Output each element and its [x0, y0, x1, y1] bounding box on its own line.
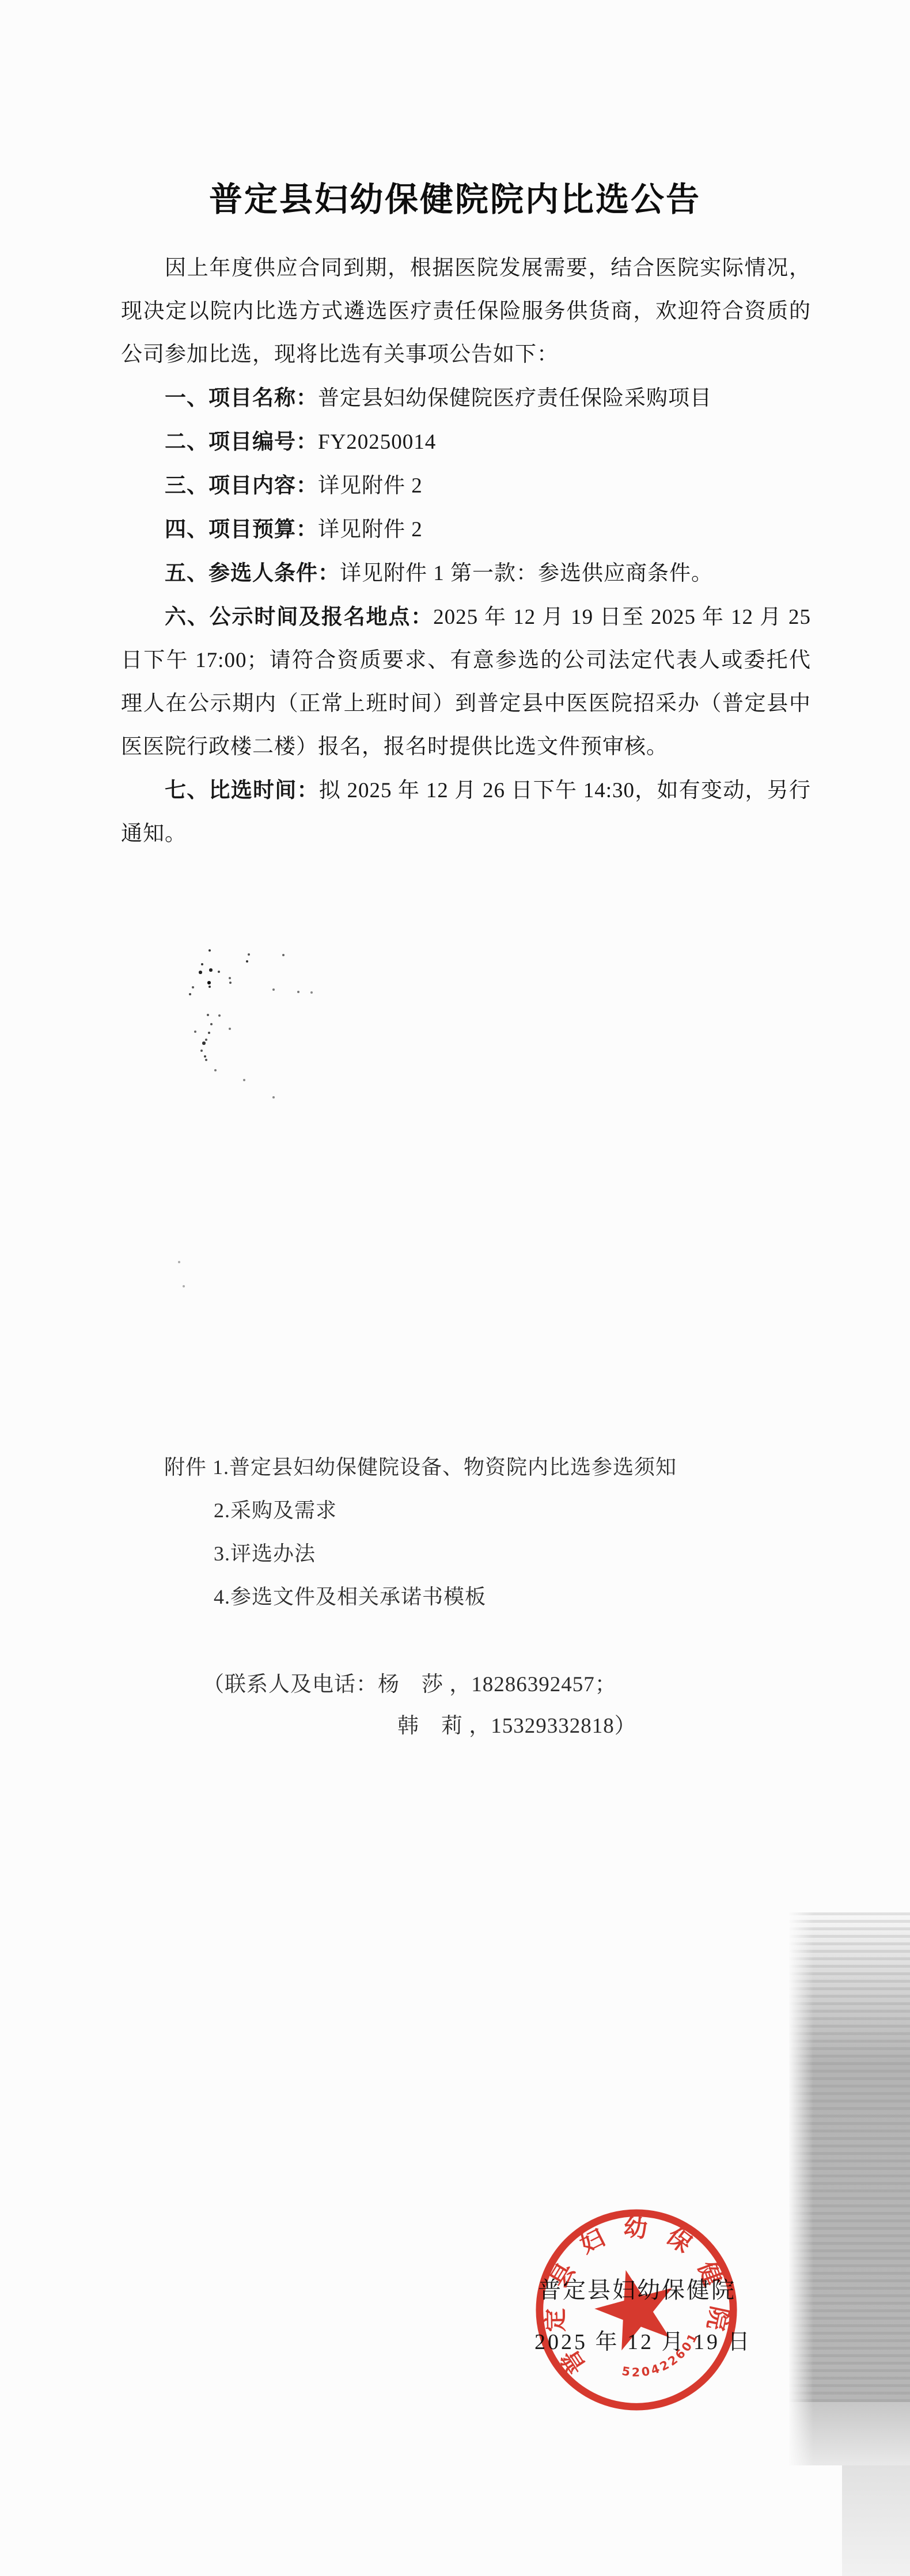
document-title: 普定县妇幼保健院院内比选公告 [0, 173, 910, 225]
item-project-budget: 四、项目预算：详见附件 2 [121, 507, 811, 551]
intro-paragraph: 因上年度供应合同到期，根据医院发展需要，结合医院实际情况，现决定以院内比选方式遴… [121, 247, 811, 376]
item-participant-conditions: 五、参选人条件：详见附件 1 第一款：参选供应商条件。 [121, 551, 811, 595]
item-value: 详见附件 2 [318, 474, 423, 498]
item-project-name: 一、项目名称：普定县妇幼保健院医疗责任保险采购项目 [121, 376, 811, 420]
item-selection-time: 七、比选时间：拟 2025 年 12 月 26 日下午 14:30，如有变动，另… [121, 768, 811, 855]
item-value: FY20250014 [318, 430, 436, 454]
item-label: 七、比选时间： [165, 778, 319, 802]
attachment-3: 3.评选办法 [164, 1532, 855, 1575]
item-value: 详见附件 2 [318, 518, 423, 541]
item-project-number: 二、项目编号：FY20250014 [121, 420, 811, 464]
scanner-gray-band [789, 1912, 910, 2402]
attachment-4: 4.参选文件及相关承诺书模板 [164, 1575, 855, 1619]
attachments-list: 附件 1.普定县妇幼保健院设备、物资院内比选参选须知 2.采购及需求 3.评选办… [164, 1446, 855, 1619]
seal-star-icon [587, 2260, 684, 2354]
item-label: 二、项目编号： [165, 430, 318, 453]
contact-info: （联系人及电话：杨 莎 ，18286392457； 韩 莉 ，153293328… [203, 1664, 836, 1747]
contact-line-2: 韩 莉 ，15329332818） [203, 1706, 836, 1747]
item-label: 三、项目内容： [165, 473, 318, 497]
scanned-document-page: 普定县妇幼保健院院内比选公告 因上年度供应合同到期，根据医院发展需要，结合医院实… [0, 0, 910, 2576]
item-label: 一、项目名称： [165, 386, 318, 410]
item-publicity-time-place: 六、公示时间及报名地点：2025 年 12 月 19 日至 2025 年 12 … [121, 595, 811, 768]
item-label: 五、参选人条件： [165, 561, 340, 585]
attachment-1: 附件 1.普定县妇幼保健院设备、物资院内比选参选须知 [164, 1446, 855, 1489]
contact-line-1: （联系人及电话：杨 莎 ，18286392457； [203, 1664, 836, 1706]
scanner-gray-band-lower [789, 2402, 910, 2465]
attachment-2: 2.采购及需求 [164, 1489, 855, 1532]
scan-noise-speckles [0, 0, 1, 1]
item-value: 普定县妇幼保健院医疗责任保险采购项目 [318, 387, 712, 410]
scanner-gray-band-bottom [842, 2465, 910, 2576]
official-red-seal: 普定县妇幼保健院 52042260157 [535, 2208, 738, 2411]
document-body: 因上年度供应合同到期，根据医院发展需要，结合医院实际情况，现决定以院内比选方式遴… [121, 247, 811, 855]
item-label: 四、项目预算： [165, 517, 318, 541]
item-project-content: 三、项目内容：详见附件 2 [121, 464, 811, 507]
item-label: 六、公示时间及报名地点： [165, 605, 433, 628]
item-value: 详见附件 1 第一款：参选供应商条件。 [340, 562, 713, 585]
